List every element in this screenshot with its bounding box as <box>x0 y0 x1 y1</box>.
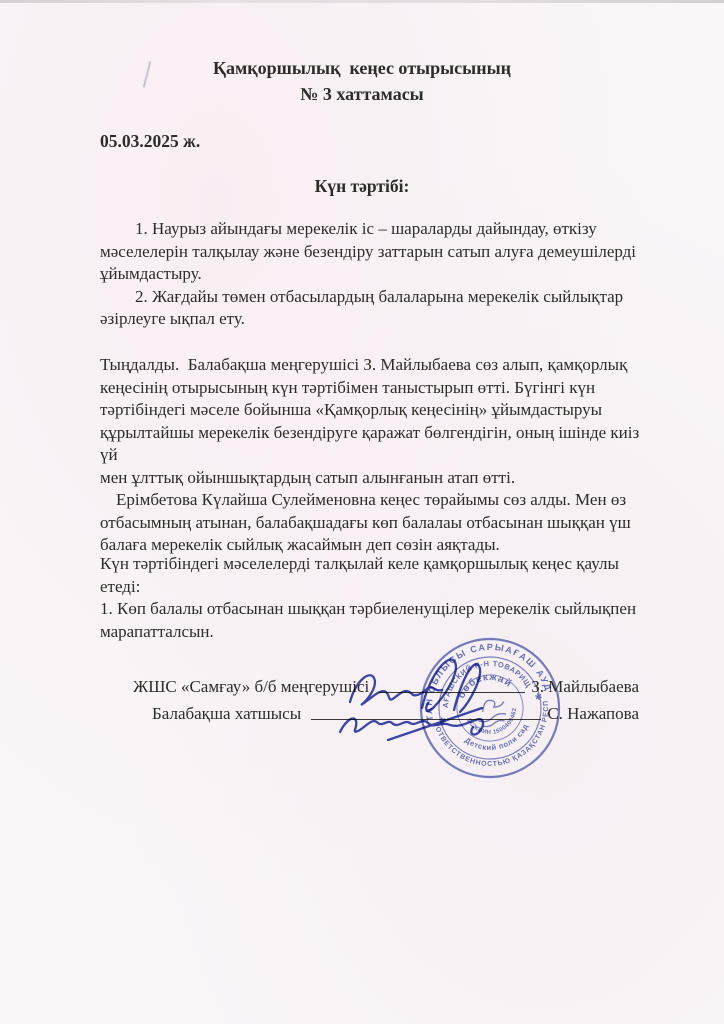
agenda-item-line: мәселелерін талқылау және безендіру затт… <box>100 241 652 264</box>
body-line: Тыңдалды. Балабақша меңгерушісі З. Майлы… <box>100 354 652 377</box>
body-line: Ерімбетова Күлайша Сулейменовна кеңес тө… <box>100 489 652 512</box>
body-line: отбасымның атынан, балабақшадағы көп бал… <box>100 512 652 535</box>
body-line: мен ұлттық ойыншықтардың сатып алынғанын… <box>100 467 652 490</box>
minutes-body: Тыңдалды. Балабақша меңгерушісі З. Майлы… <box>100 354 652 557</box>
agenda-list: 1. Наурыз айындағы мерекелік іс – шарала… <box>100 218 652 331</box>
scanned-protocol-page: Қамқоршылық кеңес отырысының № 3 хаттама… <box>0 0 724 1024</box>
body-line: кеңесінің отырысының күн тәртібімен таны… <box>100 377 652 400</box>
agenda-item-line: 1. Наурыз айындағы мерекелік іс – шарала… <box>100 218 652 241</box>
agenda-heading: Күн тәртібі: <box>0 176 724 197</box>
title-line-1: Қамқоршылық кеңес отырысының <box>0 55 724 81</box>
body-line: тәртібіндегі мәселе бойынша «Қамқорлық к… <box>100 399 652 422</box>
title-line-2-protocol-number: № 3 хаттамасы <box>0 81 724 107</box>
document-title: Қамқоршылық кеңес отырысының № 3 хаттама… <box>0 55 724 107</box>
handwritten-signatures-ink <box>330 648 570 748</box>
agenda-item-line: ұйымдастыру. <box>100 263 652 286</box>
decision-line: Күн тәртібіндегі мәселелерді талқылай ке… <box>100 553 652 598</box>
agenda-item-line: әзірлеуге ықпал ету. <box>100 308 652 331</box>
agenda-item-line: 2. Жағдайы төмен отбасылардың балаларына… <box>100 286 652 309</box>
signature-label: Балабақша хатшысы <box>152 704 301 724</box>
body-line: құрылтайшы мерекелік безендіруге қаражат… <box>100 422 652 467</box>
document-date: 05.03.2025 ж. <box>100 131 200 152</box>
